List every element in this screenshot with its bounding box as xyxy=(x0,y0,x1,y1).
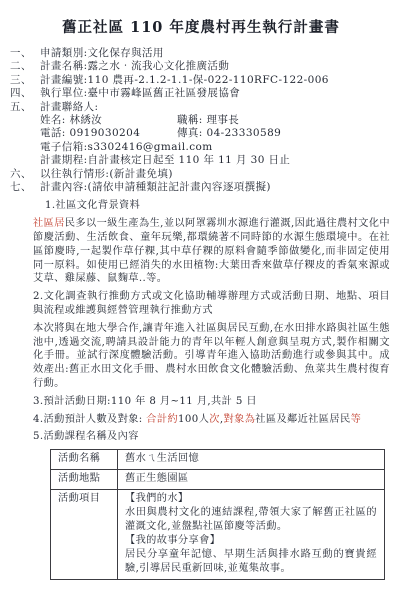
contact-block: 姓名: 林綉汝職稱: 理事長 電話: 0919030204傳真: 04-2333… xyxy=(40,114,392,168)
document-page: 舊正社區 110 年度農村再生執行計畫書 一、 申請類別:文化保存與活用 二、 … xyxy=(0,0,414,589)
contact-email-value: s3302416@gmail.com xyxy=(88,141,213,153)
row-label-cell: 活動項目 xyxy=(51,490,118,580)
contact-name-value: 林綉汝 xyxy=(69,114,102,126)
list-item-plan-number: 三、 計畫編號:110 農再-2.1.2-1.1-保-022-110RFC-12… xyxy=(10,74,392,87)
section1-red-lead: 社區居 xyxy=(33,218,65,229)
row-content-cell: 舊正生態園區 xyxy=(118,470,385,490)
list-item-past-execution: 六、 以往執行情形:(新計畫免填) xyxy=(10,168,392,181)
row-label-cell: 活動名稱 xyxy=(51,450,118,470)
plan-content-section: 1.社區文化背景資料 社區居民多以一級生產為生,並以阿罩霧圳水源進行灌溉,因此過… xyxy=(33,199,390,580)
contact-row-phone-fax: 電話: 0919030204傳真: 04-23330589 xyxy=(40,127,392,140)
contact-row-period: 計畫期程:自計畫核定日起至 110 年 11 月 30 日止 xyxy=(40,154,392,167)
content-line: 居民分享童年記憶、早期生活與排水路互動的寶貴經驗,引導居民重新回味,並蒐集故事。 xyxy=(125,548,377,576)
contact-row-email: 電子信箱:s3302416@gmail.com xyxy=(40,141,392,154)
list-item-number: 五、 xyxy=(10,101,40,114)
table-row-activity-items: 活動項目 【我們的水】 水田與農村文化的連結課程,帶領大家了解舊正社區的灌溉文化… xyxy=(51,490,385,580)
contact-period-value: 自計畫核定日起至 110 年 11 月 30 日止 xyxy=(88,154,291,166)
table-row-activity-name: 活動名稱 舊水ㄟ生活回憶 xyxy=(51,450,385,470)
contact-title-value: 理事長 xyxy=(206,114,239,126)
section4-red-segment: 次 xyxy=(209,414,220,425)
row-label-cell: 活動地點 xyxy=(51,470,118,490)
contact-period-label: 計畫期程: xyxy=(40,154,88,166)
list-item-text: 計畫名稱:露之水‧流我心文化推廣活動 xyxy=(40,60,392,73)
section4-line: 4.活動預計人數及對象: 合計約100人次,對象為社區及鄰近社區居民等 xyxy=(33,413,390,427)
section4-black-segment: 100人 xyxy=(178,414,209,425)
contact-fax-pair: 傳真: 04-23330589 xyxy=(177,127,281,139)
section4-red-segment: 合計約 xyxy=(146,414,178,425)
list-item-plan-content: 七、 計畫內容:(請依申請種類註記計畫內容逐項撰擬) xyxy=(10,181,392,194)
section4-red-segment: 對象為 xyxy=(224,414,256,425)
list-item-plan-name: 二、 計畫名稱:露之水‧流我心文化推廣活動 xyxy=(10,60,392,73)
section1-body-text: 民多以一級生產為生,並以阿罩霧圳水源進行灌溉,因此過往農村文化中節慶活動、生活飲… xyxy=(33,218,390,284)
contact-name-pair: 姓名: 林綉汝 xyxy=(40,114,177,127)
list-item-text: 計畫編號:110 農再-2.1.2-1.1-保-022-110RFC-122-0… xyxy=(40,74,392,87)
section2-paragraph: 本次將與在地大學合作,讓青年進入社區與居民互動,在水田排水路與社區生態池中,透過… xyxy=(33,322,390,391)
list-item-number: 六、 xyxy=(10,168,40,181)
list-item-executing-unit: 四、 執行單位:臺中市霧峰區舊正社區發展協會 xyxy=(10,87,392,100)
list-item-text: 以往執行情形:(新計畫免填) xyxy=(40,168,392,181)
list-item-number: 二、 xyxy=(10,60,40,73)
table-row-activity-location: 活動地點 舊正生態園區 xyxy=(51,470,385,490)
contact-title-label: 職稱: xyxy=(177,114,206,126)
section3-line: 3.預計活動日期:110 年 8 月~11 月,共計 5 日 xyxy=(33,395,390,409)
content-line: 【我的故事分享會】 xyxy=(125,534,377,548)
numbered-list: 一、 申請類別:文化保存與活用 二、 計畫名稱:露之水‧流我心文化推廣活動 三、… xyxy=(10,47,392,194)
row-content-cell: 【我們的水】 水田與農村文化的連結課程,帶領大家了解舊正社區的灌溉文化,並盤點社… xyxy=(118,490,385,580)
section4-black-segment: 社區及鄰近社區居民 xyxy=(255,414,350,425)
contact-email-label: 電子信箱: xyxy=(40,141,88,153)
content-line: 【我們的水】 xyxy=(125,492,377,506)
section2-heading: 2.文化調查執行推動方式或文化協助輔導辦理方式或活動日期、地點、項目與流程或維護… xyxy=(33,290,390,318)
contact-title-pair: 職稱: 理事長 xyxy=(177,114,239,126)
contact-phone-value: 0919030204 xyxy=(69,127,140,139)
section4-red-segment: 等 xyxy=(351,414,362,425)
contact-fax-label: 傳真: xyxy=(177,127,206,139)
contact-phone-pair: 電話: 0919030204 xyxy=(40,127,177,140)
list-item-text: 計畫內容:(請依申請種類註記計畫內容逐項撰擬) xyxy=(40,181,392,194)
list-item-contact-person: 五、 計畫聯絡人: xyxy=(10,101,392,114)
section4-prefix: 4.活動預計人數及對象: xyxy=(33,414,146,425)
contact-fax-value: 04-23330589 xyxy=(206,127,281,139)
doc-title: 舊正社區 110 年度農村再生執行計畫書 xyxy=(10,16,392,37)
row-content-cell: 舊水ㄟ生活回憶 xyxy=(118,450,385,470)
list-item-number: 七、 xyxy=(10,181,40,194)
section1-heading: 1.社區文化背景資料 xyxy=(45,199,390,213)
contact-row-name-title: 姓名: 林綉汝職稱: 理事長 xyxy=(40,114,392,127)
list-item-number: 三、 xyxy=(10,74,40,87)
list-item-application-type: 一、 申請類別:文化保存與活用 xyxy=(10,47,392,60)
list-item-text: 計畫聯絡人: xyxy=(40,101,392,114)
contact-phone-label: 電話: xyxy=(40,127,69,139)
list-item-number: 四、 xyxy=(10,87,40,100)
contact-name-label: 姓名: xyxy=(40,114,69,126)
activity-table: 活動名稱 舊水ㄟ生活回憶 活動地點 舊正生態園區 活動項目 【我們的水】 水田與… xyxy=(50,449,385,580)
section1-paragraph: 社區居民多以一級生產為生,並以阿罩霧圳水源進行灌溉,因此過往農村文化中節慶活動、… xyxy=(33,217,390,286)
list-item-number: 一、 xyxy=(10,47,40,60)
content-line: 水田與農村文化的連結課程,帶領大家了解舊正社區的灌溉文化,並盤點社區節慶等活動。 xyxy=(125,506,377,534)
list-item-text: 執行單位:臺中市霧峰區舊正社區發展協會 xyxy=(40,87,392,100)
section5-heading: 5.活動課程名稱及內容 xyxy=(33,430,390,444)
list-item-text: 申請類別:文化保存與活用 xyxy=(40,47,392,60)
